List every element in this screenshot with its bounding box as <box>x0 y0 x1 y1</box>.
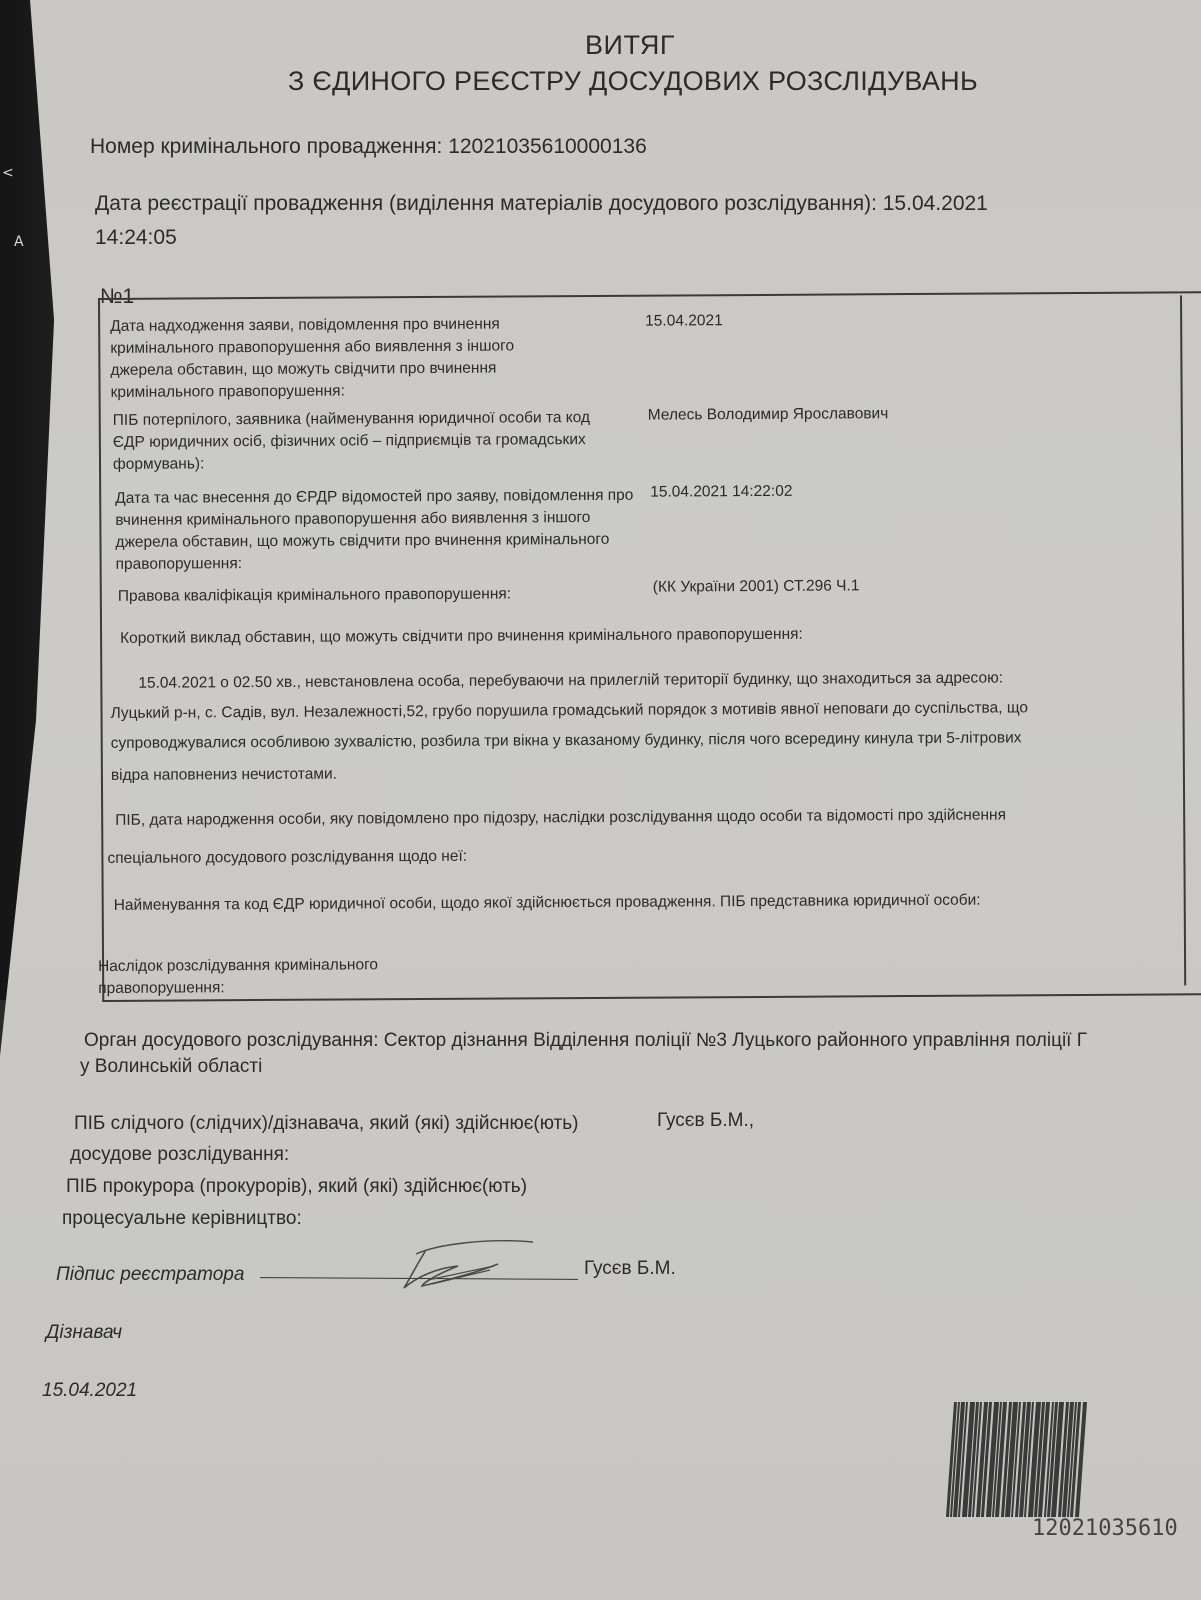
keyboard-key: A <box>14 234 24 250</box>
row-label-victim: ПІБ потерпілого, заявника (найменування … <box>113 407 603 476</box>
prosecutor-label: ПІБ прокурора (прокурорів), який (які) з… <box>66 1176 527 1198</box>
result-label: Наслідок розслідування кримінального <box>98 954 378 978</box>
keyboard-key: < <box>2 165 14 181</box>
case-number: 12021035610000136 <box>448 135 647 158</box>
row-value-qualification: (КК України 2001) СТ.296 Ч.1 <box>653 575 860 598</box>
row-value-victim: Мелесь Володимир Ярославович <box>648 403 889 426</box>
investigator-label-cont: досудове розслідування: <box>70 1144 289 1166</box>
investigation-authority: Орган досудового розслідування: Сектор д… <box>84 1030 1087 1052</box>
summary-label: Короткий виклад обставин, що можуть свід… <box>120 624 803 650</box>
case-number-line: Номер кримінального провадження: 1202103… <box>90 135 647 159</box>
signature-scribble <box>398 1236 538 1296</box>
document-title: ВИТЯГ <box>0 30 1201 61</box>
registration-date-label: Дата реєстрації провадження (виділення м… <box>95 192 877 215</box>
barcode <box>946 1402 1201 1517</box>
row-value-receipt-date: 15.04.2021 <box>645 310 723 332</box>
summary-line: відра наповнениз нечистотами. <box>111 761 337 790</box>
investigation-authority-cont: у Волинській області <box>80 1056 262 1078</box>
investigator-label: ПІБ слідчого (слідчих)/дізнавача, який (… <box>74 1113 578 1135</box>
barcode-number: 12021035610 <box>1032 1516 1178 1541</box>
registration-date-line: Дата реєстрації провадження (виділення м… <box>95 192 988 216</box>
registration-date: 15.04.2021 <box>883 192 988 215</box>
signer-name: Гусєв Б.М. <box>584 1258 676 1280</box>
result-label-cont: правопорушення: <box>98 977 225 1000</box>
signer-position: Дізнавач <box>46 1322 122 1344</box>
row-value-erdr-date: 15.04.2021 14:22:02 <box>650 481 792 504</box>
record-table: Дата надходження заяви, повідомлення про… <box>98 291 1201 1002</box>
sign-date: 15.04.2021 <box>42 1380 137 1402</box>
document-subtitle: З ЄДИНОГО РЕЄСТРУ ДОСУДОВИХ РОЗСЛІДУВАНЬ <box>288 66 978 97</box>
row-label-receipt-date: Дата надходження заяви, повідомлення про… <box>110 313 581 404</box>
row-label-qualification: Правова кваліфікація кримінального право… <box>118 583 511 607</box>
summary-line: 15.04.2021 о 02.50 хв., невстановлена ос… <box>138 664 1003 697</box>
legal-entity-label: Найменування та код ЄДР юридичної особи,… <box>114 887 981 920</box>
summary-line: Луцький р-н, с. Садів, вул. Незалежності… <box>110 694 1028 728</box>
registration-time: 14:24:05 <box>95 226 177 250</box>
investigator-name: Гусєв Б.М., <box>657 1110 754 1132</box>
prosecutor-label-cont: процесуальне керівництво: <box>62 1208 302 1230</box>
row-label-erdr-date: Дата та час внесення до ЄРДР відомостей … <box>115 485 641 576</box>
suspect-label: ПІБ, дата народження особи, яку повідомл… <box>115 801 1006 834</box>
summary-line: супроводжувалися особливою зухвалістю, р… <box>111 724 1022 758</box>
case-number-label: Номер кримінального провадження: <box>90 135 442 158</box>
suspect-label-cont: спеціального досудового розслідування що… <box>107 843 467 873</box>
signature-label: Підпис реєстратора <box>56 1264 244 1286</box>
document-page: ВИТЯГ З ЄДИНОГО РЕЄСТРУ ДОСУДОВИХ РОЗСЛІ… <box>0 0 1201 1600</box>
